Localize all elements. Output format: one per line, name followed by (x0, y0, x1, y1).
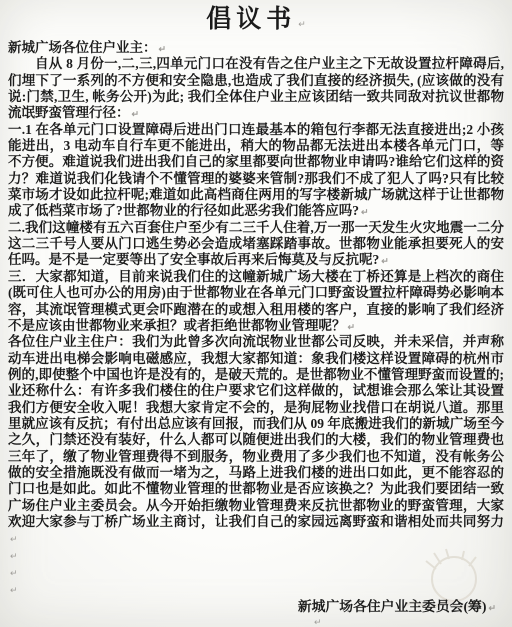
body-text: 力？难道说我们化钱请个不懂管理的婆婆来管制?那我们不成了犯人了吗?只有比较低档的 (8, 171, 504, 187)
text-line: 我们方便安全收入呢！我想大家肯定不会的，是狗屁物业找借口在胡说八道。那里有压迫那 (8, 400, 504, 416)
text-line: 二.我们这幢楼有五六百套住户至少有二三千人住着,万一那一天发生火灾地震一二分钟内 (8, 220, 504, 236)
document-body: 新城广场各位住户业主：↵ 自从 8 月份一,二,三,四单元门口在没有告之住户业主… (0, 38, 512, 530)
signature-line: 新城广场各住户业主委员会(筹)↵ (0, 598, 512, 615)
text-line: 门口也是如此。如此不懂物业管理的世都物业是否应该换之？为此我们要团结一致成立新城 (8, 481, 504, 497)
body-text: 之久，门禁还没有装好，什么人都可以随便进出我们的大楼，我们的物业管理费也已经缴了 (8, 432, 504, 448)
body-text: 这二三千号人要从门口逃生势必会造成堵塞踩踏事故。世都物业能承担要死人的安全事故责 (8, 236, 504, 252)
body-text: 业还称什么：有许多我们楼住的住户要求它们这样做的，试想谁会那么笨让其设置障碍影响 (8, 383, 504, 399)
empty-line: ↵ (0, 530, 512, 547)
body-text: 各位住户业主住户：我们为此曾多次向流氓物业世都公司反映，并未采信，并声称什么：电 (8, 334, 504, 350)
signature-text: 新城广场各住户业主委员会(筹) (298, 599, 487, 614)
text-line: 流氓野蛮管理行径：↵ (8, 105, 504, 121)
text-line: 做的安全措施既没有做而一堵为之，马路上进我们楼的进出口如此，更不能容忍的是各单元 (8, 465, 504, 481)
paragraph-mark-icon: ↵ (159, 44, 167, 54)
document-page: 倡议书↵ 新城广场各位住户业主：↵ 自从 8 月份一,二,三,四单元门口在没有告… (0, 0, 512, 627)
text-line: 新城广场各位住户业主：↵ (8, 40, 504, 56)
text-line: 动车进出电梯会影响电磁感应，我想大家都知道：象我们楼这样设置障碍的杭州市是没有先 (8, 351, 504, 367)
paragraph-mark-icon: ↵ (132, 109, 140, 119)
body-text: 菜市场才设如此拉杆呢;难道如此高档商住两用的写字楼新城广场就这样于让世都物业糟蹋 (8, 187, 504, 203)
body-text: 做的安全措施既没有做而一堵为之，马路上进我们楼的进出口如此，更不能容忍的是各单元 (8, 465, 504, 481)
body-text: 动车进出电梯会影响电磁感应，我想大家都知道：象我们楼这样设置障碍的杭州市是没有先 (8, 351, 504, 367)
paragraph-mark-icon: ↵ (488, 603, 496, 613)
body-text: 三．大家都知道，目前来说我们住的这幢新城广场大楼在丁桥还算是上档次的商住两用楼。 (8, 269, 504, 285)
text-line: 一.1 在各单元门口设置障碍后进出门口连最基本的箱包行李都无法直接进出;2 小孩… (8, 122, 504, 138)
body-text: 新城广场各位住户业主： (8, 40, 157, 55)
text-line: 三．大家都知道，目前来说我们住的这幢新城广场大楼在丁桥还算是上档次的商住两用楼。 (8, 269, 504, 285)
text-line: 菜市场才设如此拉杆呢;难道如此高档商住两用的写字楼新城广场就这样于让世都物业糟蹋 (8, 187, 504, 203)
paragraph-mark-icon: ↵ (10, 534, 18, 544)
paragraph-mark-icon: ↵ (10, 568, 18, 578)
body-text: 不方便。难道说我们进出我们自己的家里都要向世都物业申请吗?谁给它们这样的资格和权 (8, 154, 504, 170)
body-text: 能进出，3 电动车自行车更不能进出，稍大的物品都无法进出本楼各单元门口，等等等等… (8, 138, 504, 154)
paragraph-mark-icon: ↵ (10, 585, 18, 595)
text-line: 能进出，3 电动车自行车更不能进出，稍大的物品都无法进出本楼各单元门口，等等等等… (8, 138, 504, 154)
body-text: 成了低档菜市场了?世都物业的行径如此恶劣我们能答应吗? (8, 203, 359, 218)
body-text: 不是应该由世都物业来承担？或者拒绝世都物业管理呢？ (8, 318, 346, 333)
body-text: 例的,即使整个中国也许是没有的，是破天荒的。是世都物业不懂管理野蛮而设置的;世都… (8, 367, 504, 383)
text-line: 业还称什么：有许多我们楼住的住户要求它们这样做的，试想谁会那么笨让其设置障碍影响 (8, 383, 504, 399)
text-line: 例的,即使整个中国也许是没有的，是破天荒的。是世都物业不懂管理野蛮而设置的;世都… (8, 367, 504, 383)
body-text: 里就应该有反抗；有付出总应该有回报，而我们从 09 年底搬进我们的新城广场至今有… (8, 416, 504, 432)
title-row: 倡议书↵ (0, 0, 512, 38)
text-line: 欢迎大家参与丁桥广场业主商讨，让我们自己的家园远离野蛮和谐相处而共同努力吧！↵ (8, 514, 504, 530)
body-text: 一.1 在各单元门口设置障碍后进出门口连最基本的箱包行李都无法直接进出;2 小孩… (8, 122, 504, 138)
paragraph-mark-icon: ↵ (298, 19, 306, 29)
text-line: 不方便。难道说我们进出我们自己的家里都要向世都物业申请吗?谁给它们这样的资格和权 (8, 154, 504, 170)
page-title: 倡议书 (206, 6, 296, 33)
empty-line: ↵ (0, 564, 512, 581)
body-text: 门口也是如此。如此不懂物业管理的世都物业是否应该换之？为此我们要团结一致成立新城 (8, 481, 504, 497)
body-text: 广场住户业主委员会。从今开始拒缴物业管理费来反抗世都物业的野蛮管理，大家说行不？ (8, 498, 504, 514)
text-line: 任吗。是不是一定要等出了安全事故后再来后悔莫及与反抗呢?↵ (8, 252, 504, 268)
paragraph-mark-icon: ↵ (381, 256, 389, 266)
text-line: 自从 8 月份一,二,三,四单元门口在没有告之住户业主之下无故设置拉杆障碍后,给… (8, 56, 504, 72)
empty-line: ↵ (0, 547, 512, 564)
text-line: (既可住人也可办公的用房)由于世都物业在各单元门口野蛮设置拉杆障碍势必影响本楼市 (8, 285, 504, 301)
text-line: 广场住户业主委员会。从今开始拒缴物业管理费来反抗世都物业的野蛮管理，大家说行不？ (8, 498, 504, 514)
body-text: (既可住人也可办公的用房)由于世都物业在各单元门口野蛮设置拉杆障碍势必影响本楼市 (8, 285, 504, 301)
body-text: 我们方便安全收入呢！我想大家肯定不会的，是狗屁物业找借口在胡说八道。那里有压迫那 (8, 400, 504, 416)
text-line: 各位住户业主住户：我们为此曾多次向流氓物业世都公司反映，并未采信，并声称什么：电 (8, 334, 504, 350)
body-text: 二.我们这幢楼有五六百套住户至少有二三千人住着,万一那一天发生火灾地震一二分钟内 (8, 220, 504, 236)
text-line: 里就应该有反抗；有付出总应该有回报，而我们从 09 年底搬进我们的新城广场至今有… (8, 416, 504, 432)
text-line: 成了低档菜市场了?世都物业的行径如此恶劣我们能答应吗?↵ (8, 203, 504, 219)
body-text: 容，其流氓管理模式更会吓跑潜在的或想入租用楼的客户，直接的影响了我们经济收入，是 (8, 302, 504, 318)
text-line: 之久，门禁还没有装好，什么人都可以随便进出我们的大楼，我们的物业管理费也已经缴了 (8, 432, 504, 448)
text-line: 们埋下了一系列的不方便和安全隐患,也造成了我们直接的经济损失, (应该做的没有做… (8, 73, 504, 89)
body-text: 说:门禁,卫生, 帐务公开)为此; 我们全体住户业主应该团结一致共同敌对抗议世都… (8, 89, 504, 105)
text-line: 不是应该由世都物业来承担？或者拒绝世都物业管理呢？↵ (8, 318, 504, 334)
paragraph-mark-icon: ↵ (361, 207, 369, 217)
text-line: 容，其流氓管理模式更会吓跑潜在的或想入租用楼的客户，直接的影响了我们经济收入，是 (8, 302, 504, 318)
body-text: 们埋下了一系列的不方便和安全隐患,也造成了我们直接的经济损失, (应该做的没有做… (8, 73, 504, 89)
body-text: 欢迎大家参与丁桥广场业主商讨，让我们自己的家园远离野蛮和谐相处而共同努力吧！ (8, 514, 504, 530)
body-text: 自从 8 月份一,二,三,四单元门口在没有告之住户业主之下无故设置拉杆障碍后,给… (8, 56, 504, 72)
paragraph-mark-icon: ↵ (10, 551, 18, 561)
paragraph-mark-icon: ↵ (314, 617, 322, 627)
text-line: 三年了，缴了物业管理费得不到服务，物业费用了多少我们也不知道，没有帐务公开。应该 (8, 449, 504, 465)
text-line: 这二三千号人要从门口逃生势必会造成堵塞踩踏事故。世都物业能承担要死人的安全事故责 (8, 236, 504, 252)
body-text: 任吗。是不是一定要等出了安全事故后再来后悔莫及与反抗呢? (8, 252, 379, 267)
text-line: 力？难道说我们化钱请个不懂管理的婆婆来管制?那我们不成了犯人了吗?只有比较低档的 (8, 171, 504, 187)
empty-line: ↵ (0, 615, 512, 627)
text-line: 说:门禁,卫生, 帐务公开)为此; 我们全体住户业主应该团结一致共同敌对抗议世都… (8, 89, 504, 105)
body-text: 流氓野蛮管理行径： (8, 105, 130, 120)
paragraph-mark-icon: ↵ (348, 322, 356, 332)
body-text: 三年了，缴了物业管理费得不到服务，物业费用了多少我们也不知道，没有帐务公开。应该 (8, 449, 504, 465)
empty-line: ↵ (0, 581, 512, 598)
